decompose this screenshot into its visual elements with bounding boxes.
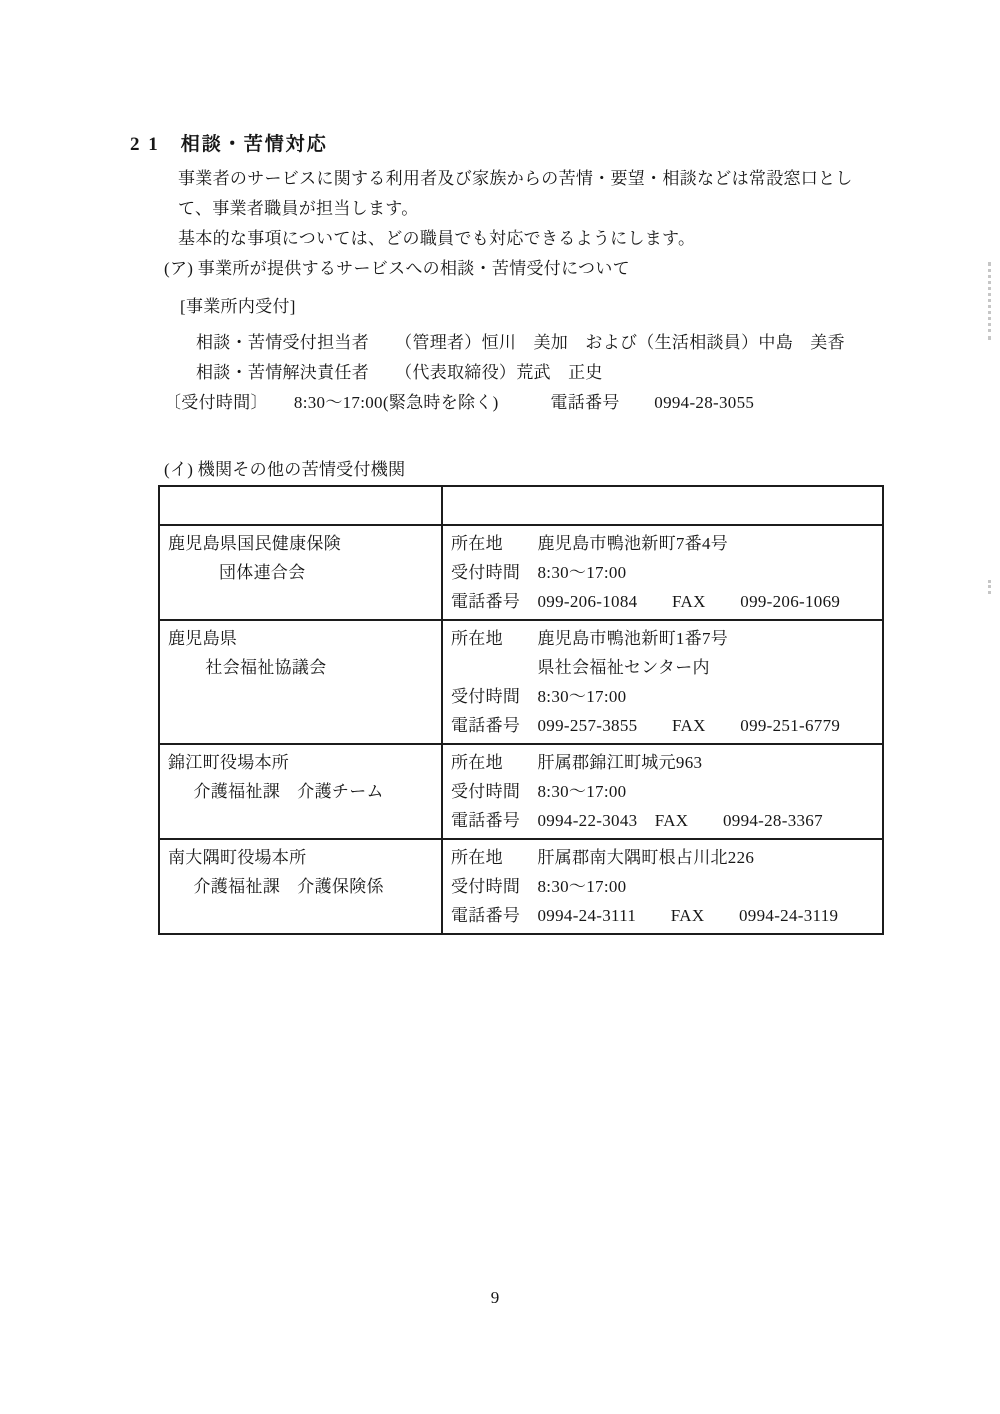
document-page: 2 1 相談・苦情対応 事業者のサービスに関する利用者及び家族からの苦情・要望・… xyxy=(0,0,1000,1414)
table-row: 鹿児島県国民健康保険 団体連合会 所在地 鹿児島市鴨池新町7番4号 受付時間 8… xyxy=(159,525,883,620)
section-a-label: (ア) 事業所が提供するサービスへの相談・苦情受付について xyxy=(164,254,1000,284)
org-name-line-2: 社会福祉協議会 xyxy=(168,653,433,682)
hours-line: 受付時間 8:30〜17:00 xyxy=(451,558,874,587)
address-line: 所在地 肝属郡南大隅町根占川北226 xyxy=(451,843,874,872)
section-heading: 2 1 相談・苦情対応 xyxy=(130,132,1000,158)
section-a-sublabel: [事業所内受付] xyxy=(180,292,1000,322)
phone-fax-line: 電話番号 099-206-1084 FAX 099-206-1069 xyxy=(451,587,874,616)
section-i-label: (イ) 機関その他の苦情受付機関 xyxy=(164,458,1000,482)
org-name-line-1: 鹿児島県 xyxy=(168,624,433,653)
phone-fax-line: 電話番号 0994-24-3111 FAX 0994-24-3119 xyxy=(451,901,874,930)
details-cell: 所在地 鹿児島市鴨池新町1番7号 県社会福祉センター内 受付時間 8:30〜17… xyxy=(442,620,883,744)
address-line: 所在地 肝属郡錦江町城元963 xyxy=(451,748,874,777)
org-cell: 南大隅町役場本所 介護福祉課 介護保険係 xyxy=(159,839,442,934)
intro-line-1: 事業者のサービスに関する利用者及び家族からの苦情・要望・相談などは常設窓口とし xyxy=(178,164,1000,194)
hours-line: 受付時間 8:30〜17:00 xyxy=(451,777,874,806)
org-name-line-1: 南大隅町役場本所 xyxy=(168,843,433,872)
address-line-2: 県社会福祉センター内 xyxy=(451,653,874,682)
org-name-line-1: 鹿児島県国民健康保険 xyxy=(168,529,433,558)
details-cell: 所在地 鹿児島市鴨池新町7番4号 受付時間 8:30〜17:00 電話番号 09… xyxy=(442,525,883,620)
table-row: 南大隅町役場本所 介護福祉課 介護保険係 所在地 肝属郡南大隅町根占川北226 … xyxy=(159,839,883,934)
scan-artifact xyxy=(988,262,991,340)
staff-line-1: 相談・苦情受付担当者 （管理者）恒川 美加 および（生活相談員）中島 美香 xyxy=(196,328,1000,358)
intro-line-3: 基本的な事項については、どの職員でも対応できるようにします。 xyxy=(178,224,1000,254)
scan-artifact xyxy=(988,580,991,594)
header-org-cell xyxy=(159,486,442,525)
phone-fax-line: 電話番号 099-257-3855 FAX 099-251-6779 xyxy=(451,711,874,740)
org-cell: 鹿児島県 社会福祉協議会 xyxy=(159,620,442,744)
details-cell: 所在地 肝属郡南大隅町根占川北226 受付時間 8:30〜17:00 電話番号 … xyxy=(442,839,883,934)
hours-line: 受付時間 8:30〜17:00 xyxy=(451,682,874,711)
org-name-line-2: 介護福祉課 介護保険係 xyxy=(168,872,433,901)
org-name-line-2: 団体連合会 xyxy=(168,558,433,587)
complaint-contacts-table: 鹿児島県国民健康保険 団体連合会 所在地 鹿児島市鴨池新町7番4号 受付時間 8… xyxy=(158,485,884,935)
reception-hours-line: 〔受付時間〕 8:30〜17:00(緊急時を除く) 電話番号 0994-28-3… xyxy=(164,388,1000,418)
details-cell: 所在地 肝属郡錦江町城元963 受付時間 8:30〜17:00 電話番号 099… xyxy=(442,744,883,839)
org-name-line-1: 錦江町役場本所 xyxy=(168,748,433,777)
hours-line: 受付時間 8:30〜17:00 xyxy=(451,872,874,901)
staff-line-2: 相談・苦情解決責任者 （代表取締役）荒武 正史 xyxy=(196,358,1000,388)
intro-line-2: て、事業者職員が担当します。 xyxy=(178,194,1000,224)
header-details-cell xyxy=(442,486,883,525)
page-number: 9 xyxy=(0,1288,990,1308)
org-cell: 錦江町役場本所 介護福祉課 介護チーム xyxy=(159,744,442,839)
address-line: 所在地 鹿児島市鴨池新町7番4号 xyxy=(451,529,874,558)
table-header-row xyxy=(159,486,883,525)
org-cell: 鹿児島県国民健康保険 団体連合会 xyxy=(159,525,442,620)
phone-fax-line: 電話番号 0994-22-3043 FAX 0994-28-3367 xyxy=(451,806,874,835)
table-row: 鹿児島県 社会福祉協議会 所在地 鹿児島市鴨池新町1番7号 県社会福祉センター内… xyxy=(159,620,883,744)
table-row: 錦江町役場本所 介護福祉課 介護チーム 所在地 肝属郡錦江町城元963 受付時間… xyxy=(159,744,883,839)
address-line: 所在地 鹿児島市鴨池新町1番7号 xyxy=(451,624,874,653)
org-name-line-2: 介護福祉課 介護チーム xyxy=(168,777,433,806)
